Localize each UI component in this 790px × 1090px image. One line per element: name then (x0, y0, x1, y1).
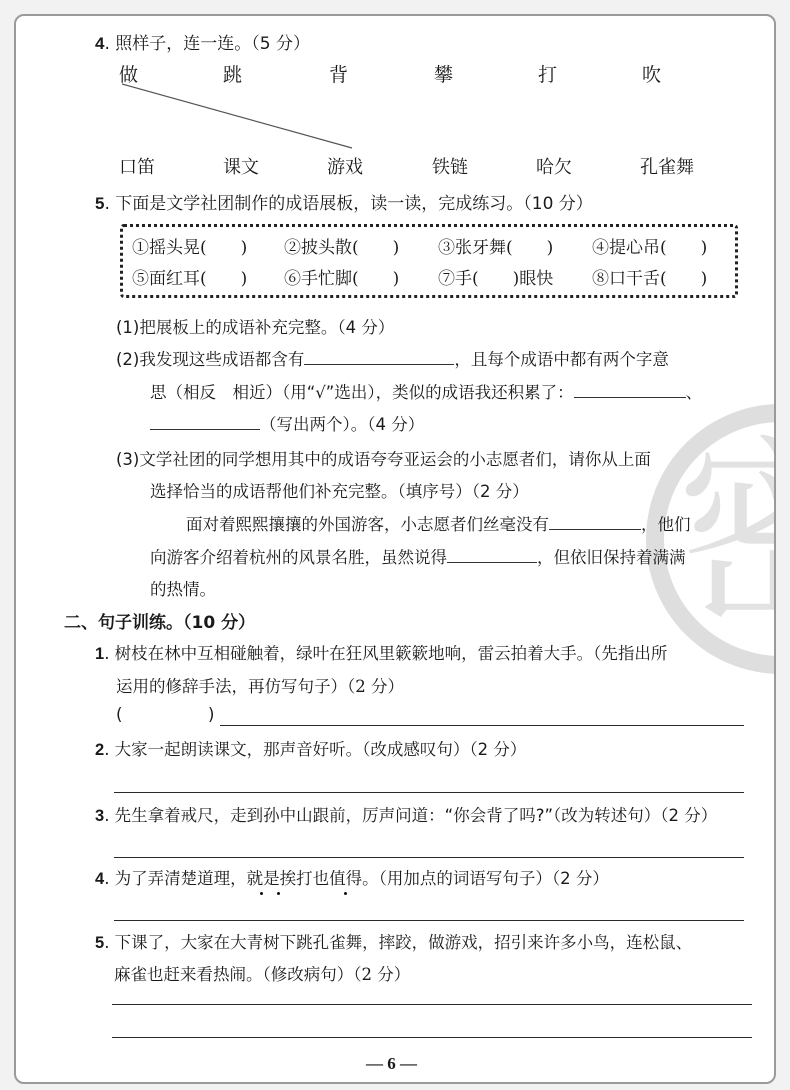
q5-sub2-text: (2)我发现这些成语都含有 (116, 350, 304, 369)
s2-item2-number: 2 (95, 741, 104, 759)
idiom-item[interactable]: ①摇头晃( ) (132, 233, 247, 258)
q4-object[interactable]: 孔雀舞 (640, 153, 694, 179)
q4-object[interactable]: 游戏 (327, 153, 363, 179)
passage-blank-2[interactable] (447, 548, 537, 563)
q4-object[interactable]: 铁链 (432, 153, 468, 179)
q5-title-text: . 下面是文学社团制作的成语展板，读一读，完成练习。（10 分） (104, 194, 592, 214)
passage-line2: 向游客介绍着杭州的风景名胜，虽然说得，但依旧保持着满满 (150, 544, 686, 568)
q5-sub2-text: ，且每个成语中都有两个字意 (454, 350, 669, 369)
q5-sub2-blank-idiom-1[interactable] (574, 383, 686, 398)
q4-object[interactable]: 课文 (223, 153, 259, 179)
passage-text: ，但依旧保持着满满 (537, 548, 686, 567)
s2-item4-line1: 4. 为了弄清楚道理，就是挨打也值得。（用加点的词语写句子）（2 分） (95, 865, 609, 889)
s2-item1-text: . 树枝在林中互相碰触着，绿叶在狂风里簌簌地响，雷云拍着大手。（先指出所 (104, 644, 667, 663)
s2-item1-rhetoric-blank[interactable] (128, 705, 208, 725)
q5-sub2-line3: （写出两个）。（4 分） (150, 411, 424, 435)
idiom-item[interactable]: ③张牙舞( ) (438, 233, 553, 258)
q5-sub3-line2: 选择恰当的成语帮他们补充完整。（填序号）（2 分） (150, 478, 529, 502)
q5-sub2-blank-idiom-2[interactable] (150, 415, 260, 430)
passage-line3: 的热情。 (150, 576, 216, 600)
q5-sub1: (1)把展板上的成语补充完整。（4 分） (116, 314, 394, 338)
idiom-item[interactable]: ④提心吊( ) (592, 233, 707, 258)
idiom-item[interactable]: ⑦手( )眼快 (438, 264, 553, 289)
q5-sub2-text: 、 (686, 383, 703, 402)
idiom-item[interactable]: ②披头散( ) (284, 233, 399, 258)
s2-item2-text: . 大家一起朗读课文，那声音好听。（改成感叹句）（2 分） (104, 740, 526, 759)
s2-item3-line1: 3. 先生拿着戒尺，走到孙中山跟前，厉声问道：“你会背了吗?”（改为转述句）（2… (95, 802, 717, 826)
s2-item3-answer-line[interactable] (114, 857, 744, 858)
q5-sub3-line1: (3)文学社团的同学想用其中的成语夸夸亚运会的小志愿者们，请你从上面 (116, 446, 651, 470)
q4-example-link-line (16, 16, 776, 216)
s2-item2-line1: 2. 大家一起朗读课文，那声音好听。（改成感叹句）（2 分） (95, 736, 526, 760)
q5-sub2-blank-common[interactable] (304, 350, 454, 365)
worksheet-page: 密 4. 照样子，连一连。（5 分） 做 跳 背 攀 打 吹 口笛 课文 游戏 … (14, 14, 776, 1084)
emphasis-dot-ye (344, 892, 347, 895)
s2-item1-number: 1 (95, 645, 104, 663)
s2-item5-answer-line-2[interactable] (112, 1037, 752, 1038)
s2-item4-number: 4 (95, 870, 104, 888)
s2-item5-line2: 麻雀也赶来看热闹。（修改病句）（2 分） (114, 961, 410, 985)
section2-title: 二、句子训练。（10 分） (64, 608, 255, 633)
s2-item4-text: . 为了弄清楚道理，就是挨打也值得。（用加点的词语写句子）（2 分） (104, 869, 609, 888)
q5-sub2-text: （写出两个）。（4 分） (260, 415, 424, 434)
idiom-item[interactable]: ⑤面红耳( ) (132, 264, 247, 289)
watermark-char: 密 (676, 426, 776, 646)
q5-sub2-line1: (2)我发现这些成语都含有，且每个成语中都有两个字意 (116, 346, 669, 370)
s2-item5-text: . 下课了，大家在大青树下跳孔雀舞，摔跤，做游戏，招引来许多小鸟，连松鼠、 (104, 933, 692, 952)
idiom-item[interactable]: ⑧口干舌( ) (592, 264, 707, 289)
passage-text: ，他们 (641, 515, 691, 534)
passage-text: 面对着熙熙攘攘的外国游客，小志愿者们丝毫没有 (186, 515, 549, 534)
s2-item1-rhetoric-open: ( (116, 705, 122, 724)
s2-item1-rhetoric-close: ) (208, 705, 214, 724)
s2-item2-answer-line[interactable] (114, 792, 744, 793)
emphasis-dot-jiu (260, 892, 263, 895)
s2-item4-answer-line[interactable] (114, 920, 744, 921)
passage-blank-1[interactable] (549, 515, 641, 530)
s2-item5-number: 5 (95, 934, 104, 952)
s2-item1-line2: 运用的修辞手法，再仿写句子）（2 分） (116, 673, 404, 697)
q5-title: 5. 下面是文学社团制作的成语展板，读一读，完成练习。（10 分） (95, 189, 593, 214)
s2-item3-number: 3 (95, 807, 104, 825)
s2-item5-answer-line-1[interactable] (112, 1004, 752, 1005)
q5-sub2-text: 思（相反 相近）（用“√”选出），类似的成语我还积累了： (150, 383, 574, 402)
s2-item5-line1: 5. 下课了，大家在大青树下跳孔雀舞，摔跤，做游戏，招引来许多小鸟，连松鼠、 (95, 929, 692, 953)
q4-object[interactable]: 口笛 (119, 153, 155, 179)
s2-item3-text: . 先生拿着戒尺，走到孙中山跟前，厉声问道：“你会背了吗?”（改为转述句）（2 … (104, 806, 717, 825)
passage-text: 向游客介绍着杭州的风景名胜，虽然说得 (150, 548, 447, 567)
q5-sub2-line2: 思（相反 相近）（用“√”选出），类似的成语我还积累了：、 (150, 379, 702, 403)
idiom-item[interactable]: ⑥手忙脚( ) (284, 264, 399, 289)
q4-object[interactable]: 哈欠 (536, 153, 572, 179)
passage-line1: 面对着熙熙攘攘的外国游客，小志愿者们丝毫没有，他们 (186, 511, 691, 535)
s2-item1-answer-line[interactable] (220, 725, 744, 726)
page-number: — 6 — (366, 1054, 417, 1074)
s2-item1-line1: 1. 树枝在林中互相碰触着，绿叶在狂风里簌簌地响，雷云拍着大手。（先指出所 (95, 640, 667, 664)
emphasis-dot-shi (277, 892, 280, 895)
